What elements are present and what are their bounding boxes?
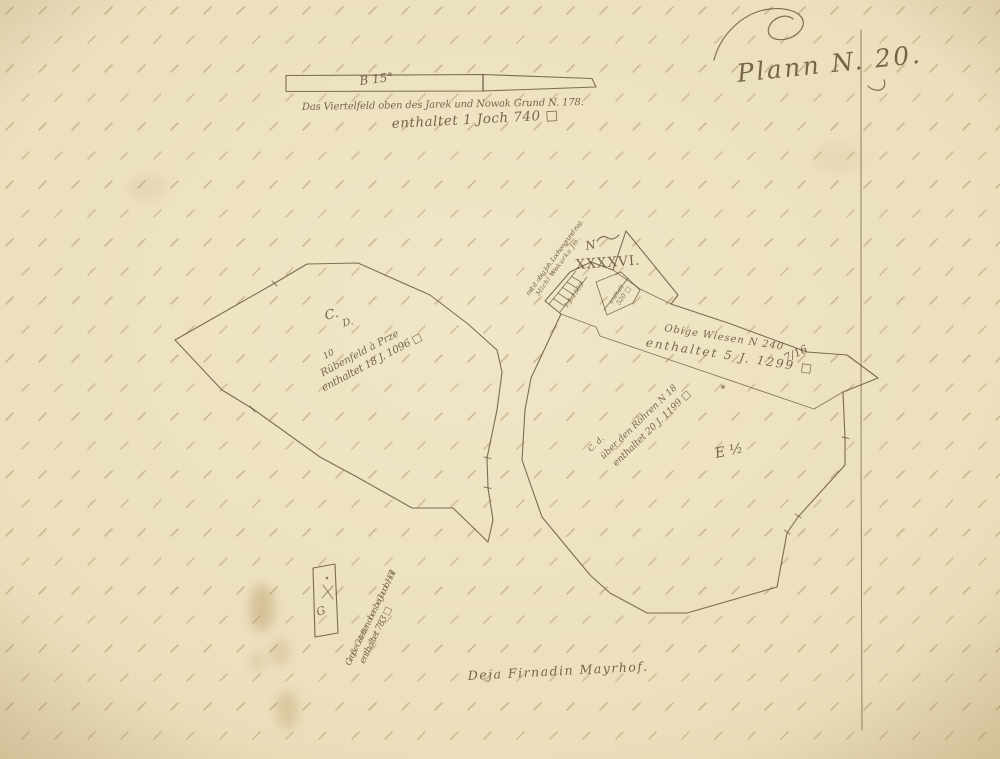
survey-map-sheet: Plann N. 20. B 15° Das Viertelfeld oben … — [0, 0, 1000, 759]
ink-speck — [721, 385, 725, 389]
gstetten-dot — [326, 577, 329, 580]
document-page: Plann N. 20. B 15° Das Viertelfeld oben … — [0, 0, 1000, 759]
